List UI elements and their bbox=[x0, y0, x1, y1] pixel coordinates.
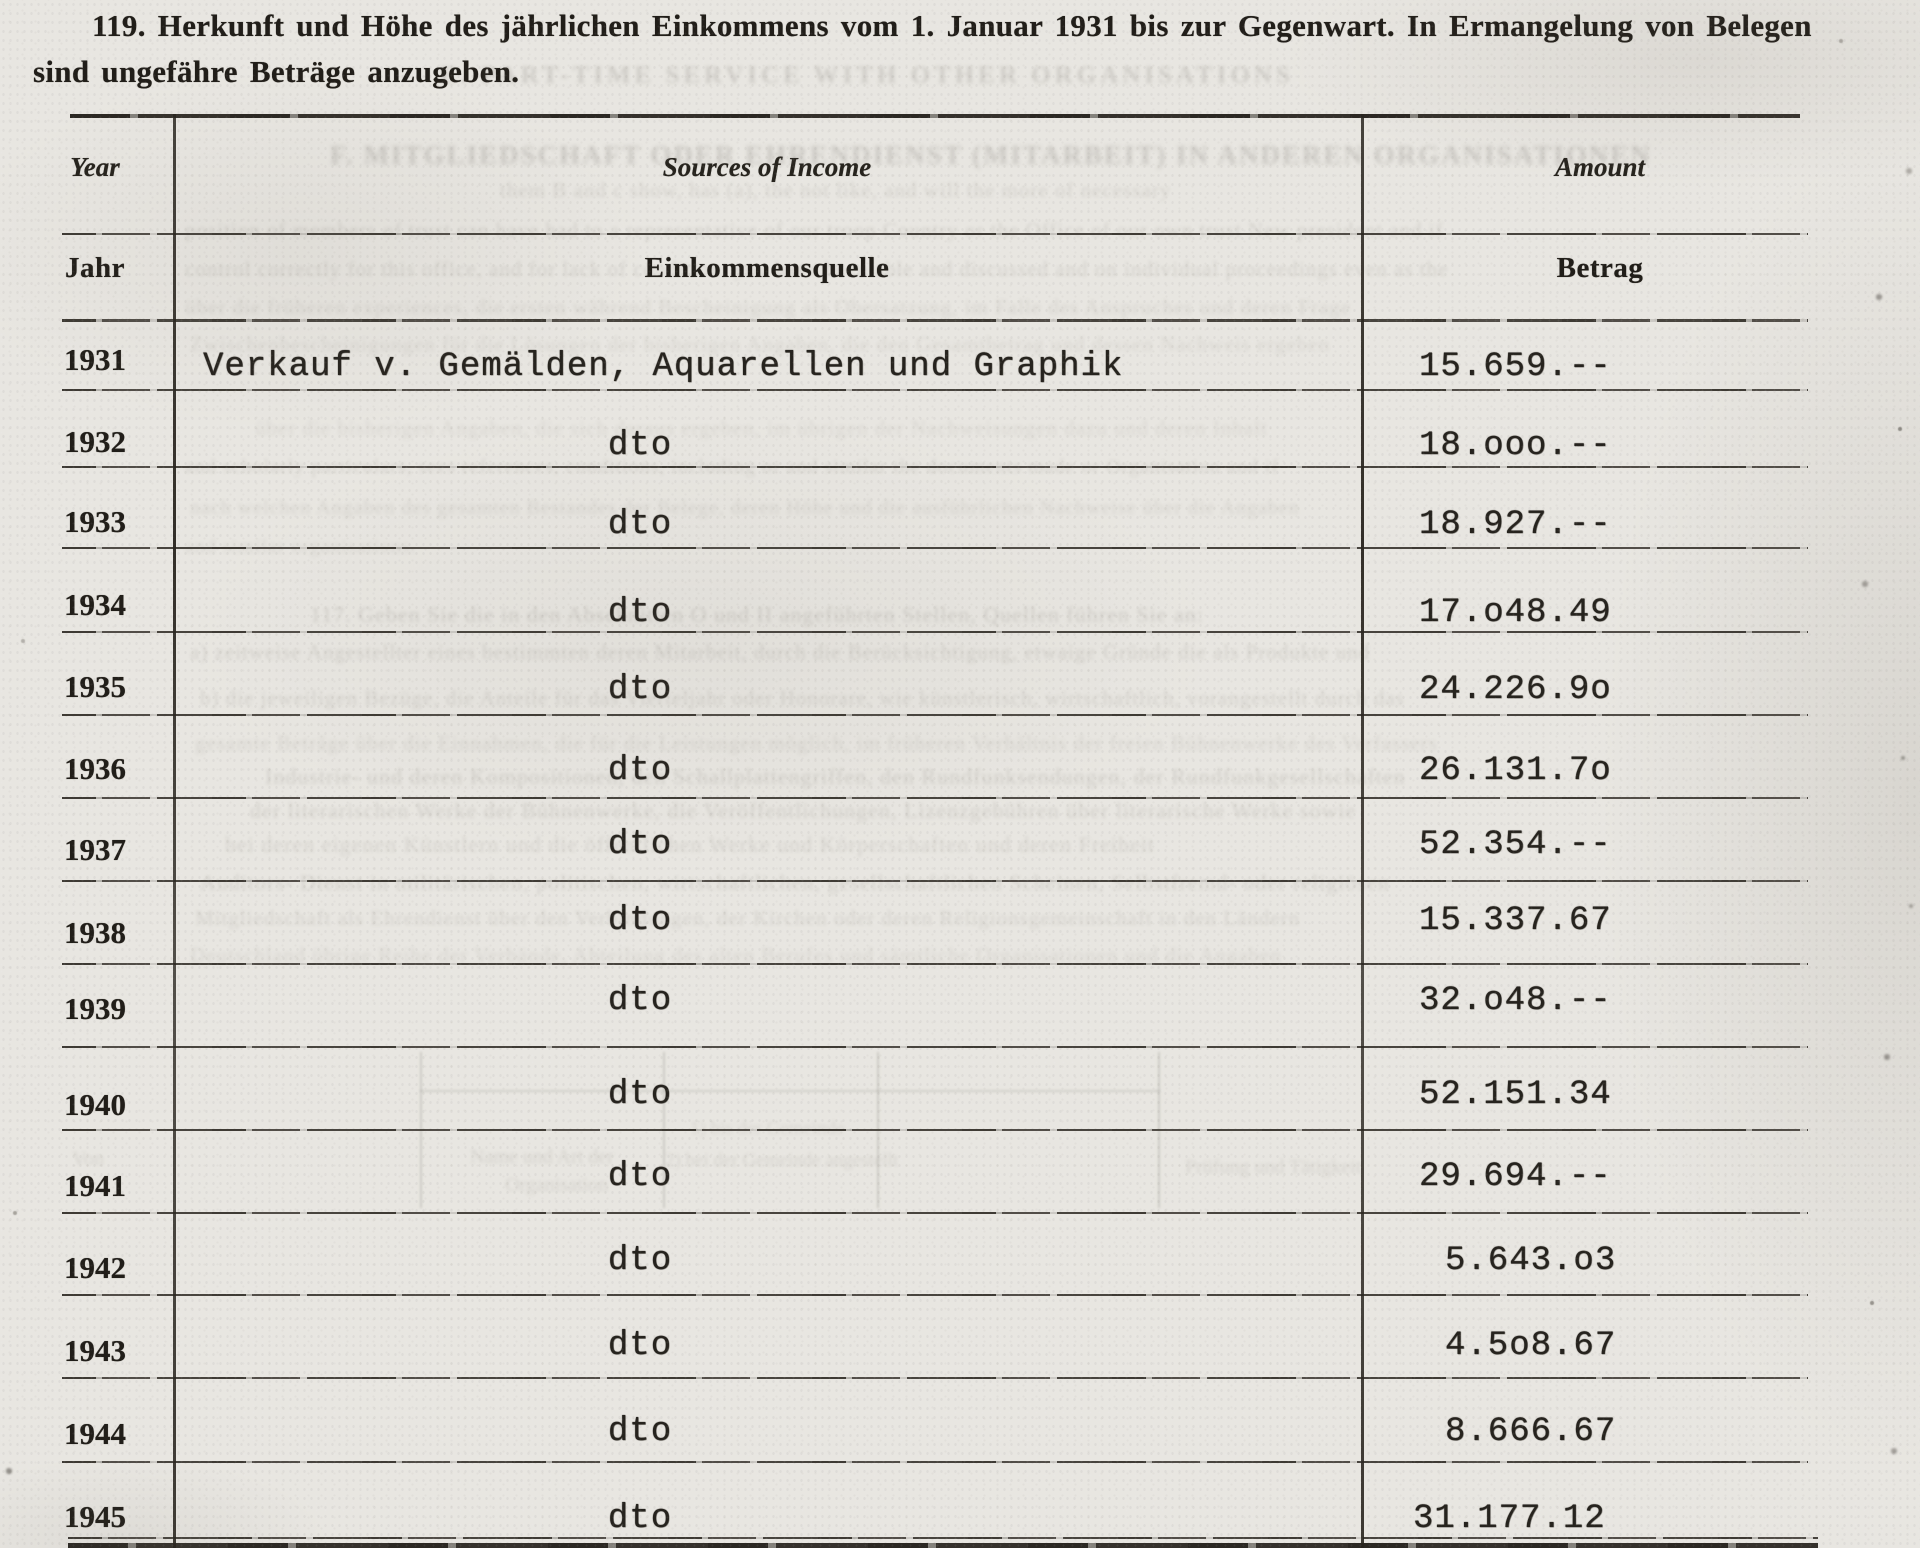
column-divider-source-amount bbox=[1361, 114, 1364, 1548]
year-label: 1935 bbox=[20, 669, 170, 705]
bleedthrough-vline bbox=[877, 1052, 879, 1208]
bleedthrough-text: über die bisherigen Angaben, die sich da… bbox=[255, 416, 1268, 441]
table-row-rule bbox=[62, 714, 1808, 716]
column-header-amount-english: Amount bbox=[1361, 152, 1839, 183]
income-source-value: Verkauf v. Gemälden, Aquarellen und Grap… bbox=[203, 348, 1123, 386]
year-label: 1941 bbox=[20, 1168, 170, 1204]
bleedthrough-text: b) die jeweiligen Bezüge, die Anteile fü… bbox=[200, 686, 1405, 711]
year-label: 1940 bbox=[20, 1087, 170, 1123]
year-label: 1939 bbox=[20, 991, 170, 1027]
bleedthrough-text: gesamte Beträge über die Einnahmen, die … bbox=[195, 731, 1438, 756]
bleedthrough-hline bbox=[420, 1090, 1160, 1092]
year-label: 1936 bbox=[20, 751, 170, 787]
year-label: 1942 bbox=[20, 1250, 170, 1286]
income-source-value: dto bbox=[520, 1242, 760, 1280]
column-header-year-english: Year bbox=[20, 152, 170, 183]
income-source-value: dto bbox=[520, 671, 760, 709]
income-source-value: dto bbox=[520, 1500, 760, 1538]
bleedthrough-text: über die früheren experiences, die erste… bbox=[185, 295, 1351, 320]
amount-value: 18.ooo.-- bbox=[1395, 427, 1839, 465]
amount-value: 4.5o8.67 bbox=[1395, 1327, 1865, 1365]
table-row-rule bbox=[62, 880, 1808, 882]
scanned-questionnaire-page: 119. Herkunft und Höhe des jährlichen Ei… bbox=[0, 0, 1920, 1548]
bleedthrough-text: position of members of trust can have ha… bbox=[185, 218, 1444, 243]
income-source-value: dto bbox=[520, 982, 760, 1020]
bleedthrough-vline bbox=[663, 1052, 665, 1208]
income-source-value: dto bbox=[520, 826, 760, 864]
year-label: 1938 bbox=[20, 915, 170, 951]
bleedthrough-vline bbox=[420, 1052, 422, 1208]
year-label: 1934 bbox=[20, 587, 170, 623]
table-row-rule bbox=[62, 1046, 1808, 1048]
table-row-rule bbox=[62, 963, 1808, 965]
amount-value: 26.131.7o bbox=[1395, 752, 1839, 790]
document-title-line-2: sind ungefähre Beträge anzugeben. bbox=[33, 54, 519, 90]
column-header-year-german: Jahr bbox=[20, 252, 170, 285]
header-bottom-rule bbox=[62, 319, 1808, 322]
income-source-value: dto bbox=[520, 752, 760, 790]
table-row-rule bbox=[62, 389, 1808, 391]
income-source-value: dto bbox=[520, 506, 760, 544]
amount-value: 15.659.-- bbox=[1395, 348, 1839, 386]
bleedthrough-text: E. PART-TIME SERVICE WITH OTHER ORGANISA… bbox=[440, 62, 1294, 90]
table-top-border bbox=[70, 114, 1800, 118]
bleedthrough-text: a) zeitweise Angestellter eines bestimmt… bbox=[190, 640, 1370, 665]
bleedthrough-text: der literarischen Werke der Bühnenwerke,… bbox=[250, 798, 1356, 824]
table-bottom-border-heavy bbox=[68, 1543, 1818, 1548]
scan-speckles bbox=[0, 0, 2, 2]
column-header-amount-german: Betrag bbox=[1361, 252, 1839, 285]
amount-value: 17.o48.49 bbox=[1395, 594, 1839, 632]
amount-value: 15.337.67 bbox=[1395, 902, 1839, 940]
column-divider-year-source bbox=[173, 114, 176, 1548]
bleedthrough-text: Industrie- und deren Kompositionen, den … bbox=[265, 764, 1406, 790]
income-source-value: dto bbox=[520, 594, 760, 632]
bleedthrough-text: Prüfung und Tätigkeit bbox=[1185, 1156, 1361, 1179]
table-row-rule bbox=[62, 797, 1808, 799]
year-label: 1937 bbox=[20, 832, 170, 868]
bleedthrough-vline bbox=[1158, 1052, 1160, 1208]
table-row-rule bbox=[62, 1377, 1808, 1379]
table-row-rule bbox=[62, 547, 1808, 549]
amount-value: 32.o48.-- bbox=[1395, 982, 1839, 1020]
amount-value: 29.694.-- bbox=[1395, 1158, 1839, 1196]
table-row-rule bbox=[62, 1212, 1808, 1214]
amount-value: 31.177.12 bbox=[1395, 1500, 1833, 1538]
column-header-source-english: Sources of Income bbox=[173, 152, 1361, 183]
year-label: 1933 bbox=[20, 504, 170, 540]
income-source-value: dto bbox=[520, 427, 760, 465]
amount-value: 8.666.67 bbox=[1395, 1413, 1865, 1451]
bleedthrough-text: Auditors- Dienst in militärischen, polit… bbox=[200, 870, 1390, 896]
year-label: 1932 bbox=[20, 424, 170, 460]
table-row-rule bbox=[62, 1294, 1808, 1296]
amount-value: 52.354.-- bbox=[1395, 826, 1839, 864]
table-row-rule bbox=[62, 1129, 1808, 1131]
header-divider-rule bbox=[62, 233, 1808, 235]
table-row-rule bbox=[62, 1461, 1808, 1463]
amount-value: 5.643.o3 bbox=[1395, 1242, 1865, 1280]
column-header-source-german: Einkommensquelle bbox=[173, 252, 1361, 285]
amount-value: 24.226.9o bbox=[1395, 671, 1839, 709]
income-source-value: dto bbox=[520, 1076, 760, 1114]
year-label: 1931 bbox=[20, 342, 170, 378]
table-row-rule bbox=[62, 466, 1808, 468]
year-label: 1943 bbox=[20, 1333, 170, 1369]
income-source-value: dto bbox=[520, 1327, 760, 1365]
income-source-value: dto bbox=[520, 1158, 760, 1196]
income-source-value: dto bbox=[520, 1413, 760, 1451]
year-label: 1945 bbox=[20, 1499, 170, 1535]
amount-value: 18.927.-- bbox=[1395, 506, 1839, 544]
document-title-line-1: 119. Herkunft und Höhe des jährlichen Ei… bbox=[92, 8, 1812, 44]
amount-value: 52.151.34 bbox=[1395, 1076, 1839, 1114]
income-source-value: dto bbox=[520, 902, 760, 940]
year-label: 1944 bbox=[20, 1416, 170, 1452]
